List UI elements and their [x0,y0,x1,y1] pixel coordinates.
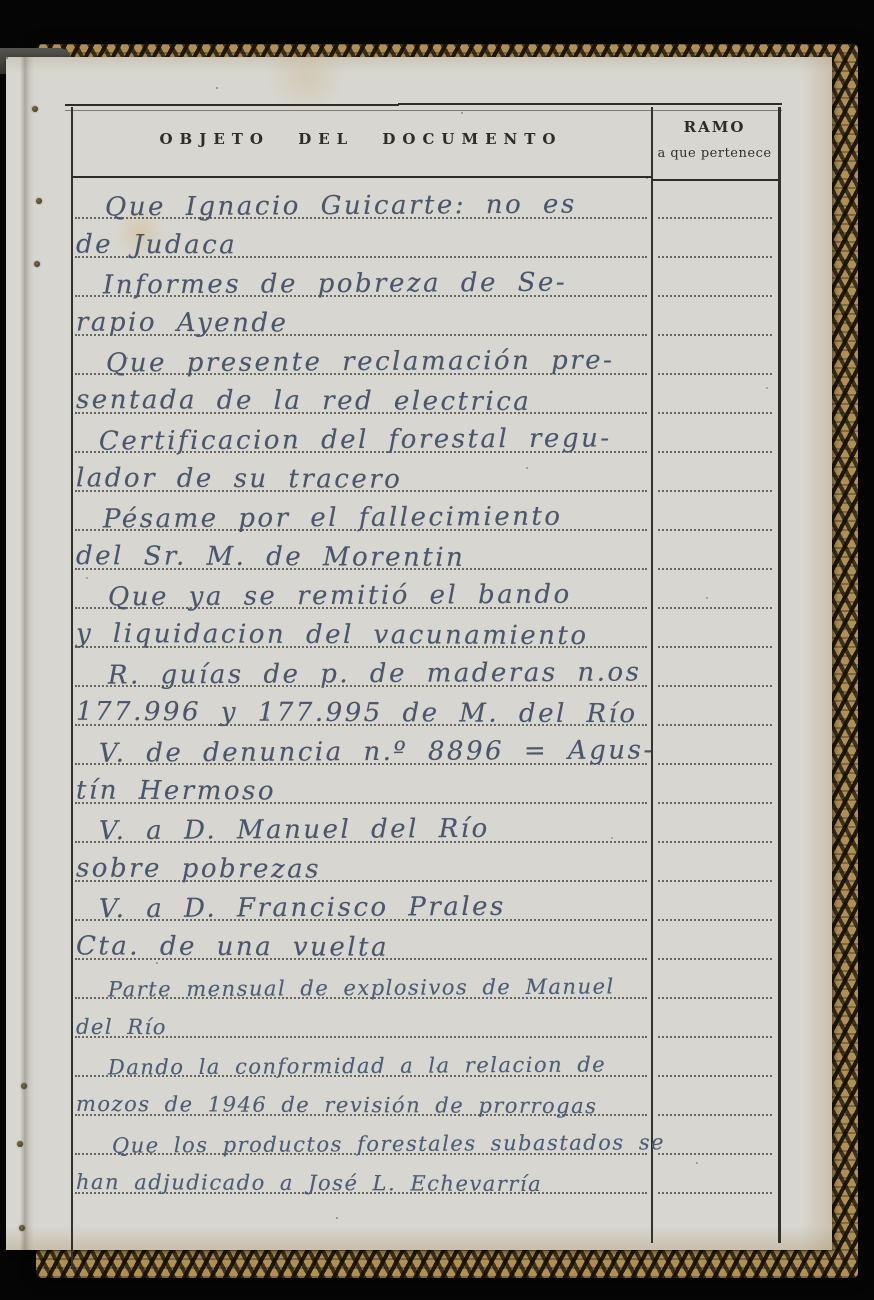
handwritten-line: Certificacion del forestal regu- [99,423,612,456]
table-right-border [778,107,781,1243]
handwritten-line: del Sr. M. de Morentin [76,541,465,573]
ruled-line [658,373,772,375]
binding-stitch-hole [36,198,42,204]
ruled-line [658,529,772,531]
handwritten-line: y liquidacion del vacunamiento [76,619,589,651]
handwritten-line: V. a D. Manuel del Río [99,814,490,846]
ledger-paper-page: OBJETO DEL DOCUMENTO RAMO a que pertenec… [6,57,832,1250]
handwritten-line: Que ya se remitió el bando [108,580,572,613]
ruled-line [658,997,772,999]
handwritten-line: Dando la conformidad a la relacion de [108,1051,606,1080]
handwritten-line: han adjudicado a José L. Echevarría [76,1169,542,1197]
handwritten-line: Informes de pobreza de Se- [103,268,567,301]
handwritten-line: de Judaca [76,230,237,261]
handwritten-line: Que Ignacio Guicarte: no es [105,190,577,223]
handwritten-line: sobre pobrezas [76,853,321,884]
photo-of-ledger-page: OBJETO DEL DOCUMENTO RAMO a que pertenec… [0,0,874,1300]
handwritten-line: mozos de 1946 de revisión de prorrogas [76,1091,598,1119]
ruled-line [658,802,772,804]
ruled-line [658,256,772,258]
ruled-line [658,1114,772,1116]
handwritten-line: Que los productos forestales subastados … [112,1129,665,1158]
ruled-line [658,685,772,687]
ruled-line [658,412,772,414]
ruled-line [658,451,772,453]
binding-stitch-hole [19,1225,25,1231]
paper-speckles [6,57,8,59]
ruled-line [658,724,772,726]
ruled-line [658,763,772,765]
ruled-line [658,607,772,609]
table-column-divider [651,107,653,1243]
handwritten-line: del Río [76,1014,167,1040]
ruled-line [658,646,772,648]
handwritten-line: Cta. de una vuelta [76,931,389,962]
ruled-line [658,1192,772,1194]
handwritten-line: lador de su tracero [76,463,403,494]
ruled-line [658,841,772,843]
ruled-line [658,295,772,297]
ruled-line [658,490,772,492]
binding-stitch-hole [17,1141,23,1147]
binding-stitch-hole [32,106,38,112]
ruled-line [658,568,772,570]
handwritten-line: R. guías de p. de maderas n.os [108,657,642,690]
ruled-line [658,1153,772,1155]
ruled-line [658,334,772,336]
handwritten-line: sentada de la red electrica [76,385,531,417]
ruled-line [658,217,772,219]
handwritten-line: Que presente reclamación pre- [106,345,615,378]
binding-stitch-hole [21,1083,27,1089]
handwritten-line: V. a D. Francisco Prales [99,892,506,924]
handwritten-line: Parte mensual de explosivos de Manuel [108,973,615,1002]
ruled-line [658,880,772,882]
binding-stitch-hole [34,261,40,267]
ruled-line [658,919,772,921]
ruled-line [658,1036,772,1038]
handwritten-line: 177.996 y 177.995 de M. del Río [76,697,638,729]
handwritten-line: Pésame por el fallecimiento [103,502,563,535]
handwritten-line: tín Hermoso [76,776,276,807]
ruled-line [658,1075,772,1077]
ruled-line [658,958,772,960]
handwritten-line: rapio Ayende [76,308,289,339]
ramo-column-rules [656,57,774,1250]
handwritten-line: V. de denuncia n.º 8896 = Agus- [99,735,655,768]
